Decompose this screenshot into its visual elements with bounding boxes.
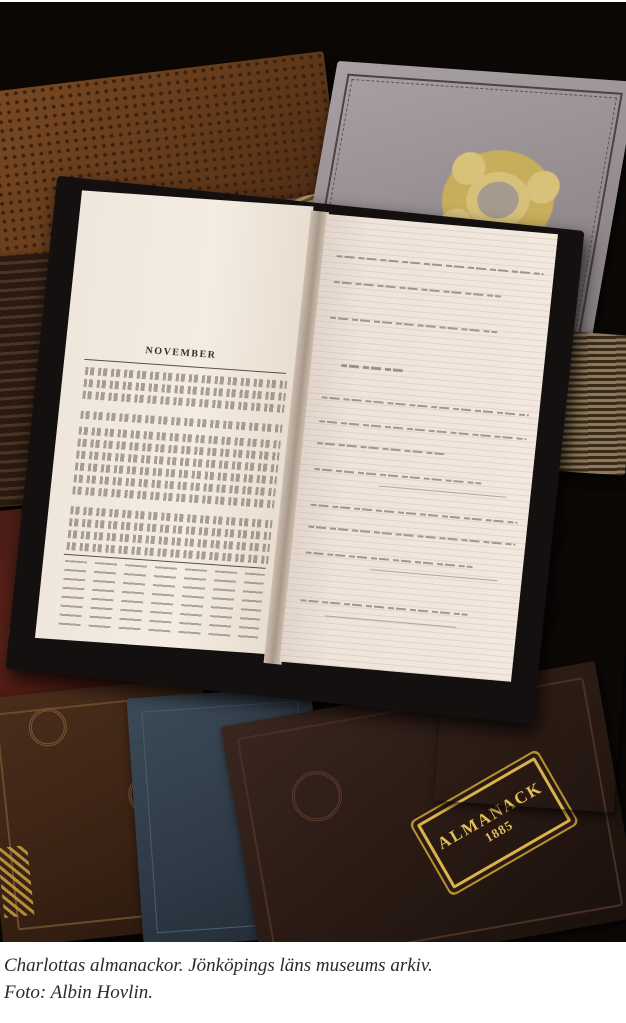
handwritten-page bbox=[280, 214, 558, 682]
handwriting-line bbox=[330, 317, 498, 334]
calendar-month: NOVEMBER bbox=[145, 345, 217, 361]
handwriting-line bbox=[305, 551, 473, 568]
handwriting-line bbox=[317, 442, 445, 455]
sum-underline bbox=[325, 615, 457, 628]
open-almanac: NOVEMBER bbox=[16, 185, 573, 716]
handwriting-line bbox=[314, 468, 482, 485]
handwriting-heading bbox=[341, 364, 403, 372]
sum-underline bbox=[379, 486, 507, 498]
photograph: ALMANACK ALMANACK 1885 NOVEMBER bbox=[0, 2, 626, 942]
handwriting-line bbox=[319, 420, 526, 440]
photo-caption: Charlottas almanackor. Jönköpings läns m… bbox=[4, 952, 624, 1006]
caption-line-1: Charlottas almanackor. Jönköpings läns m… bbox=[4, 952, 624, 979]
sunrise-table bbox=[58, 560, 265, 644]
caption-credit: Foto: Albin Hovlin. bbox=[4, 979, 624, 1006]
handwriting-total bbox=[300, 599, 468, 616]
sum-underline bbox=[370, 569, 498, 581]
handwriting-line bbox=[308, 526, 515, 546]
handwriting-line bbox=[336, 255, 543, 275]
handwriting-line bbox=[310, 504, 517, 524]
handwriting-line bbox=[322, 396, 529, 416]
handwriting-line bbox=[334, 281, 502, 298]
